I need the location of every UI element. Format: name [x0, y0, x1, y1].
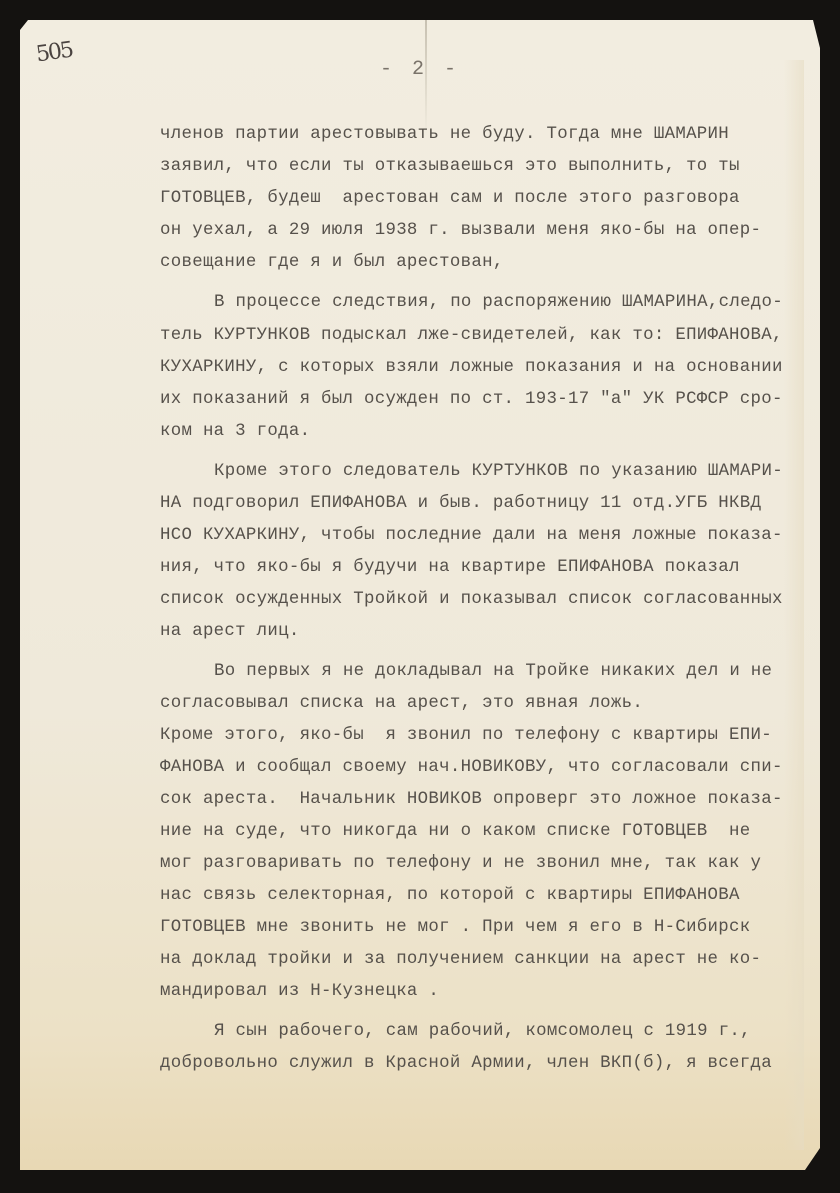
text-line: ГОТОВЦЕВ, будеш арестован сам и после эт… — [160, 189, 740, 208]
text-line: В процессе следствия, по распоряжению ША… — [214, 293, 783, 312]
text-line: список осужденных Тройкой и показывал сп… — [160, 590, 783, 609]
text-line: их показаний я был осужден по ст. 193-17… — [160, 390, 783, 409]
text-line: сок ареста. Начальник НОВИКОВ опроверг э… — [160, 790, 783, 809]
paper-edge — [784, 60, 804, 1150]
text-line: членов партии арестовывать не буду. Тогд… — [160, 125, 729, 144]
text-line: Во первых я не докладывал на Тройке ника… — [214, 662, 772, 681]
text-line: на доклад тройки и за получением санкции… — [160, 950, 761, 969]
page-number: - 2 - — [0, 58, 840, 81]
text-line: КУХАРКИНУ, с которых взяли ложные показа… — [160, 358, 783, 377]
text-line: ГОТОВЦЕВ мне звонить не мог . При чем я … — [160, 918, 750, 937]
text-line: НСО КУХАРКИНУ, чтобы последние дали на м… — [160, 526, 783, 545]
text-line: Кроме этого, яко-бы я звонил по телефону… — [160, 726, 772, 745]
text-line: он уехал, а 29 июля 1938 г. вызвали меня… — [160, 221, 761, 240]
text-line: ком на 3 года. — [160, 422, 310, 441]
text-line: НА подговорил ЕПИФАНОВА и быв. работницу… — [160, 494, 761, 513]
text-line: на арест лиц. — [160, 622, 300, 641]
text-line: мандировал из Н-Кузнецка . — [160, 982, 439, 1001]
text-line: ния, что яко-бы я будучи на квартире ЕПИ… — [160, 558, 740, 577]
text-line: мог разговаривать по телефону и не звони… — [160, 854, 761, 873]
text-line: заявил, что если ты отказываешься это вы… — [160, 157, 740, 176]
text-line: Я сын рабочего, сам рабочий, комсомолец … — [214, 1022, 751, 1041]
text-line: совещание где я и был арестован, — [160, 253, 504, 272]
text-line: добровольно служил в Красной Армии, член… — [160, 1054, 772, 1073]
text-line: согласовывал списка на арест, это явная … — [160, 694, 643, 713]
text-line: ФАНОВА и сообщал своему нач.НОВИКОВУ, чт… — [160, 758, 783, 777]
text-line: нас связь селекторная, по которой с квар… — [160, 886, 740, 905]
text-line: тель КУРТУНКОВ подыскал лже-свидетелей, … — [160, 326, 783, 345]
text-line: Кроме этого следователь КУРТУНКОВ по ука… — [214, 462, 783, 481]
text-line: ние на суде, что никогда ни о каком спис… — [160, 822, 750, 841]
